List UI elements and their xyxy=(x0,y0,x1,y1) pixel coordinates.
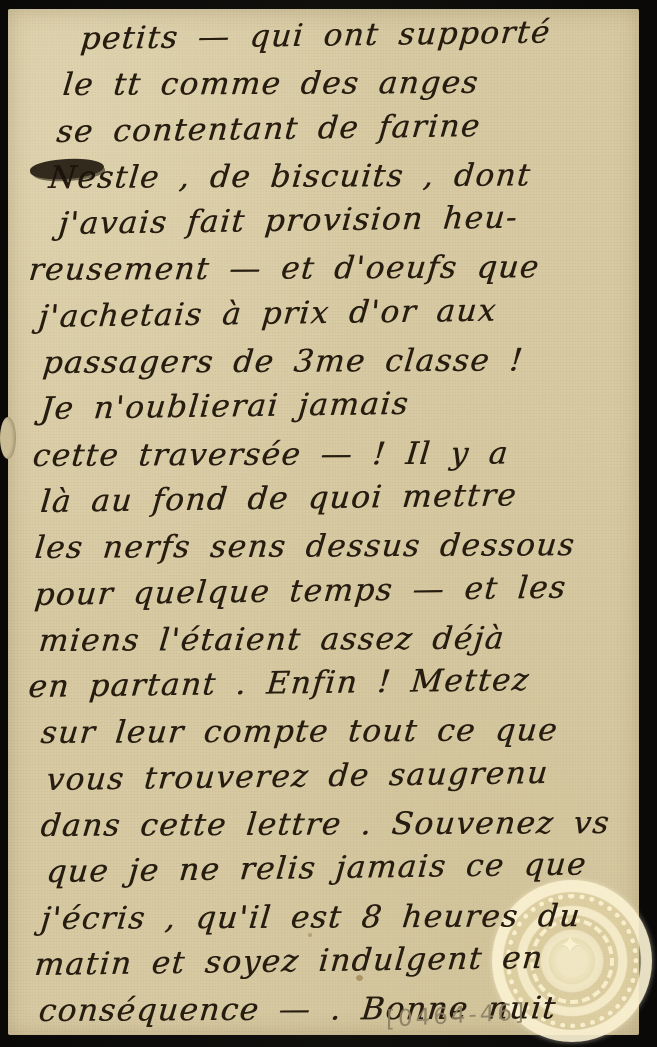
handwritten-line: j'avais fait provision heu- xyxy=(56,198,638,252)
handwritten-line: pour quelque temps — et les xyxy=(32,568,638,623)
handwritten-line: matin et soyez indulgent en xyxy=(32,939,638,994)
handwritten-line: là au fond de quoi mettre xyxy=(38,476,638,531)
handwritten-line: conséquence — . Bonne nuit xyxy=(36,990,638,1039)
handwritten-line: Je n'oublierai jamais xyxy=(38,383,638,438)
handwritten-line: j'achetais à prix d'or aux xyxy=(36,290,638,345)
handwritten-line: en partant . Enfin ! Mettez xyxy=(26,661,638,716)
letter-paper: ✦ petits — qui ont supporté le tt comme … xyxy=(8,9,639,1035)
paper-edge-chip xyxy=(0,417,16,459)
handwritten-line: vous trouverez de saugrenu xyxy=(44,754,638,809)
handwritten-line: que je ne relis jamais ce que xyxy=(44,846,638,901)
scanned-letter-page: ✦ petits — qui ont supporté le tt comme … xyxy=(0,0,657,1047)
handwritten-text-block: petits — qui ont supporté le tt comme de… xyxy=(20,21,633,1029)
handwritten-line: se contentant de farine xyxy=(54,106,638,160)
handwritten-line: petits — qui ont supporté xyxy=(78,13,638,67)
